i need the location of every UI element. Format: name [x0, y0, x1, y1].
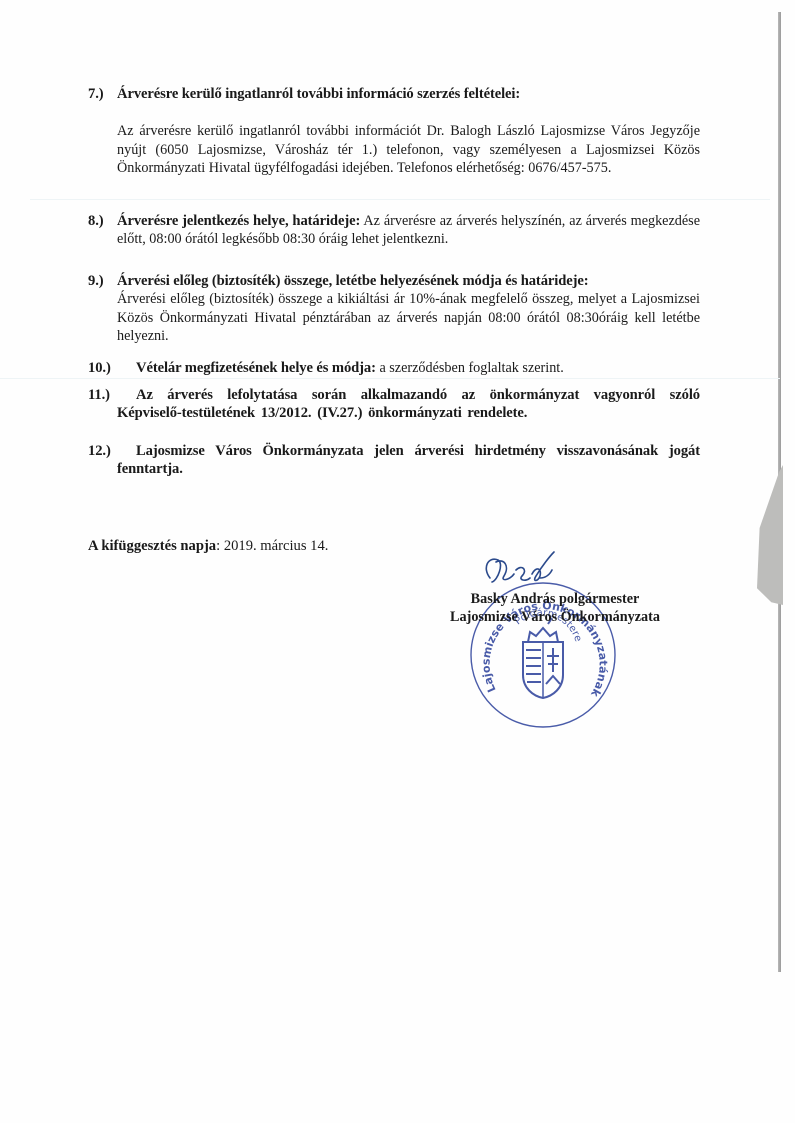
section-title: Lajosmizse Város Önkormányzata jelen árv… — [117, 443, 700, 477]
section-7: 7.)Árverésre kerülő ingatlanról további … — [88, 85, 700, 177]
posting-date-value: 2019. március 14. — [224, 538, 329, 554]
section-12-paragraph: 12.)Lajosmizse Város Önkormányzata jelen… — [88, 442, 700, 479]
section-title: Vételár megfizetésének helye és módja: — [136, 360, 376, 376]
section-7-body: Az árverésre kerülő ingatlanról további … — [88, 122, 700, 177]
section-11: 11.)Az árverés lefolytatása során alkalm… — [88, 386, 700, 423]
section-8-paragraph: 8.)Árverésre jelentkezés helye, határide… — [88, 212, 700, 249]
posting-separator: : — [216, 538, 224, 554]
section-title: Az árverés lefolytatása során alkalmazan… — [117, 387, 700, 421]
section-10: 10.)Vételár megfizetésének helye és módj… — [88, 359, 700, 377]
section-number: 11.) — [88, 386, 136, 404]
section-title: Árverésre kerülő ingatlanról további inf… — [117, 86, 520, 102]
section-9-body: Árverési előleg (biztosíték) összege a k… — [88, 290, 700, 345]
scan-paper-fold — [757, 465, 783, 605]
document-page: 7.)Árverésre kerülő ingatlanról további … — [0, 0, 795, 1123]
section-body: a szerződésben foglaltak szerint. — [379, 360, 563, 376]
section-title: Árverési előleg (biztosíték) összege, le… — [117, 273, 589, 289]
section-11-paragraph: 11.)Az árverés lefolytatása során alkalm… — [88, 386, 700, 423]
signatory-organization: Lajosmizse Város Önkormányzata — [410, 608, 700, 626]
section-number: 7.) — [88, 85, 117, 103]
section-number: 8.) — [88, 212, 117, 230]
section-number: 10.) — [88, 359, 136, 377]
scan-artifact-line — [0, 378, 780, 379]
section-9-heading: 9.)Árverési előleg (biztosíték) összege,… — [88, 272, 700, 290]
scan-artifact-line — [30, 199, 770, 200]
posting-date-line: A kifüggesztés napja: 2019. március 14. — [88, 537, 328, 555]
section-8: 8.)Árverésre jelentkezés helye, határide… — [88, 212, 700, 249]
section-number: 12.) — [88, 442, 136, 460]
posting-date-label: A kifüggesztés napja — [88, 538, 216, 554]
section-7-heading: 7.)Árverésre kerülő ingatlanról további … — [88, 85, 700, 103]
section-title: Árverésre jelentkezés helye, határideje: — [117, 213, 360, 229]
section-9: 9.)Árverési előleg (biztosíték) összege,… — [88, 272, 700, 345]
handwritten-signature-icon — [470, 548, 580, 598]
section-number: 9.) — [88, 272, 117, 290]
hungarian-coat-of-arms-icon — [523, 618, 563, 698]
section-12: 12.)Lajosmizse Város Önkormányzata jelen… — [88, 442, 700, 479]
